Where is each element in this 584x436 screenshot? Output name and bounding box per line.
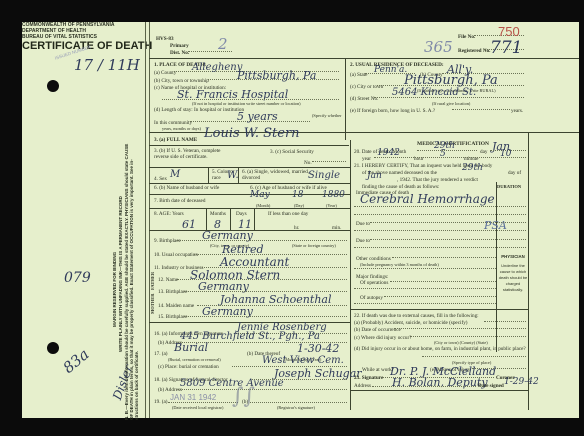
institution-note: (If not in hospital or institution write… bbox=[192, 101, 301, 106]
stay-note: (Specify whether bbox=[312, 113, 341, 118]
physician-box-text: Underline the cause to which death shoul… bbox=[498, 263, 528, 293]
full-name-label: 3. (a) FULL NAME bbox=[154, 137, 197, 143]
residence-state-value: Penn'a. bbox=[374, 65, 407, 75]
immediate-cause-line-2 bbox=[354, 214, 526, 215]
autopsy-line bbox=[384, 296, 496, 297]
dist-no-line bbox=[188, 51, 232, 52]
filed-line bbox=[168, 402, 238, 403]
birthplace-caption-state: (State or foreign country) bbox=[292, 243, 336, 248]
file-no-value: 750 bbox=[498, 24, 520, 39]
birth-day-value: 18 bbox=[292, 190, 303, 200]
due-to-1-label: Due to bbox=[356, 221, 370, 227]
foreign-born-unit: years. bbox=[511, 108, 523, 114]
certify-text-3: , 1942. That the jury rendered a verdict bbox=[397, 177, 478, 183]
margin-instructions-3: structions on back of certificate. bbox=[134, 351, 139, 420]
sex-race-divider bbox=[208, 167, 209, 183]
section-1-2-divider bbox=[345, 58, 346, 140]
immediate-cause-line bbox=[354, 206, 526, 207]
external-d-line bbox=[422, 356, 526, 357]
deputy-signature-value: H. Bolan, Deputy bbox=[392, 376, 488, 389]
death-county-value: Allegheny bbox=[192, 62, 242, 73]
bottom-divider bbox=[350, 390, 528, 391]
disposal-date-value: 1-30-42 bbox=[297, 342, 339, 355]
handwritten-83a: 83a bbox=[59, 345, 92, 377]
margin-binding-note: MARGIN RESERVED FOR BINDING bbox=[112, 252, 117, 327]
residence-street-value: 5464 Kincaid St. bbox=[392, 87, 476, 98]
autopsy-label: Of autopsy bbox=[360, 295, 383, 301]
other-conditions-line-2 bbox=[354, 268, 496, 269]
age-months-divider bbox=[230, 208, 231, 230]
filed-date-stamp: JAN 31 1942 bbox=[170, 393, 216, 402]
duration-label: DURATION bbox=[497, 184, 521, 189]
certify-day-value: 29th bbox=[462, 163, 483, 173]
duration-divider bbox=[496, 182, 497, 352]
foreign-born-line bbox=[452, 109, 510, 110]
occupation-label: 10. Usual occupation bbox=[154, 252, 198, 258]
community-note: years, months or days) bbox=[162, 126, 201, 131]
ssn-line bbox=[312, 161, 346, 162]
birth-year-value: 1880 bbox=[322, 190, 345, 200]
disposal-label: 17. (a) bbox=[154, 351, 168, 357]
death-county-label: (a) County bbox=[154, 70, 176, 76]
father-side-label: FATHER bbox=[150, 272, 155, 290]
filed-caption: (Date received local registrar) bbox=[172, 405, 223, 410]
external-c-label: (c) Where did injury occur? bbox=[354, 335, 412, 341]
registrar-caption: (Registrar's signature) bbox=[277, 405, 315, 410]
time-line bbox=[374, 157, 526, 158]
birth-date-label: 7. Birth date of deceased bbox=[154, 198, 205, 204]
age-years-label: 8. AGE: Years bbox=[154, 211, 184, 217]
age-days-label: Days bbox=[236, 211, 247, 217]
certify-month-value: Jan bbox=[367, 171, 382, 181]
residence-street-note: (If rural give location) bbox=[432, 101, 470, 106]
external-c-caption: (City or town) (County) (State) bbox=[434, 340, 488, 345]
institution-line bbox=[162, 99, 339, 100]
dist-no-label: Dist. No. bbox=[170, 50, 189, 56]
deputy-line bbox=[372, 386, 476, 387]
external-a-label: (a) (Probably) Accident, suicide, or hom… bbox=[354, 320, 468, 326]
residence-city-value: Pittsburgh, Pa bbox=[404, 73, 498, 88]
other-conditions-note: (Include pregnancy within 3 months of de… bbox=[360, 262, 439, 267]
due-to-1-line bbox=[370, 222, 526, 223]
burial-place-label: (c) Place: burial or cremation bbox=[158, 364, 219, 370]
due-to-1-line-2 bbox=[354, 230, 526, 231]
handwritten-365: 365 bbox=[424, 38, 453, 56]
row-divider-sex bbox=[149, 183, 350, 184]
form-code: HVS-83 bbox=[156, 36, 174, 42]
external-a-line bbox=[484, 321, 526, 322]
foreign-born-label: (e) If foreign born, how long in U. S. A… bbox=[350, 108, 435, 114]
registrar-line bbox=[250, 402, 347, 403]
sex-label: 4. Sex bbox=[154, 176, 167, 182]
margin-write-plainly: WRITE PLAINLY WITH UNFADING INK—THIS IS … bbox=[118, 196, 123, 352]
mother-birthplace-line bbox=[184, 316, 347, 317]
primary-label: Primary bbox=[170, 43, 189, 49]
physician-box-title: PHYSICIAN bbox=[498, 254, 528, 260]
date-death-day-label: day bbox=[480, 149, 488, 155]
binding-hole-top bbox=[47, 80, 59, 92]
filed-label: 19. (a) bbox=[154, 399, 168, 405]
form-right-border bbox=[528, 132, 529, 410]
date-signed-value: 1-29-42 bbox=[504, 377, 539, 387]
age-less-label: If less than one day bbox=[268, 211, 308, 217]
certify-day-label: day of bbox=[508, 170, 521, 176]
name-divider bbox=[149, 145, 349, 146]
handwritten-number-079: 079 bbox=[64, 270, 91, 286]
form-left-border-inner bbox=[149, 22, 150, 418]
external-c-line bbox=[410, 336, 526, 337]
sex-value: M bbox=[170, 169, 180, 180]
mother-side-label: MOTHER bbox=[150, 293, 155, 314]
handwritten-fraction: 17 / 11H bbox=[74, 56, 140, 74]
file-no-label: File No. bbox=[458, 34, 475, 40]
burial-place-value: West View Cem. bbox=[262, 355, 344, 366]
mother-maiden-label: 14. Maiden name bbox=[158, 303, 194, 309]
registered-no-value: 771 bbox=[490, 38, 522, 58]
deputy-label: Address bbox=[354, 383, 371, 389]
due-to-2-line bbox=[370, 239, 526, 240]
ssn-no-label: No. bbox=[304, 160, 312, 166]
external-d-label: (d) Did injury occur in or about home, o… bbox=[354, 346, 526, 353]
father-birthplace-line bbox=[184, 291, 347, 292]
disposal-caption: (Burial, cremation or removal) bbox=[168, 357, 221, 362]
funeral-address-line bbox=[178, 389, 347, 390]
full-name-value: Louis W. Stern bbox=[204, 126, 300, 141]
due-to-2-line-2 bbox=[354, 247, 526, 248]
community-value: 5 years bbox=[237, 110, 278, 123]
death-city-value: Pittsburgh, Pa bbox=[237, 69, 316, 82]
physician-box: PHYSICIAN Underline the cause to which d… bbox=[498, 254, 528, 293]
date-signed-label: Date signed bbox=[478, 383, 504, 389]
birth-month-value: May bbox=[250, 190, 270, 200]
mother-birthplace-label: 15. Birthplace bbox=[158, 314, 187, 320]
father-name-label: 12. Name bbox=[158, 277, 178, 283]
death-city-label: (b) City, town or township bbox=[154, 78, 209, 84]
veteran-label: 3. (b) If U. S. Veteran, complete revers… bbox=[154, 149, 234, 160]
operations-label: Of operations bbox=[360, 280, 388, 286]
death-certificate: ISSUED NUMBER 17 / 11H 079 83a Disler MA… bbox=[22, 22, 579, 418]
external-heading: 22. If death was due to external causes,… bbox=[354, 313, 479, 319]
operations-line bbox=[390, 281, 496, 282]
birthplace-line bbox=[177, 240, 347, 241]
age-years-divider bbox=[206, 208, 207, 230]
signature-label: 23. Signature bbox=[354, 375, 383, 381]
race-value: W. bbox=[227, 170, 239, 181]
age-days-divider bbox=[254, 208, 255, 230]
age-months-label: Months bbox=[210, 211, 226, 217]
header-divider bbox=[149, 58, 579, 59]
birthplace-label: 9. Birthplace bbox=[154, 238, 181, 244]
operations-line-2 bbox=[354, 288, 496, 289]
marital-value: Single bbox=[308, 170, 340, 181]
year-label: year bbox=[362, 156, 371, 162]
father-birthplace-label: 13. Birthplace bbox=[158, 289, 187, 295]
marital-label: 6. (a) Single, widowed, married, divorce… bbox=[242, 169, 312, 181]
stay-label: (d) Length of stay: In hospital or insti… bbox=[154, 107, 244, 113]
immediate-cause-value: Cerebral Hemorrhage bbox=[360, 192, 495, 206]
row-divider-birth bbox=[149, 208, 350, 209]
due-to-2-label: Due to bbox=[356, 238, 370, 244]
spouse-name-label: 6. (b) Name of husband or wife bbox=[154, 185, 219, 191]
autopsy-line-2 bbox=[354, 303, 496, 304]
disposal-value: Burial bbox=[174, 341, 208, 354]
binding-hole-bottom bbox=[47, 342, 59, 354]
other-conditions-line bbox=[392, 257, 496, 258]
form-left-border bbox=[145, 22, 146, 418]
registrar-signature-scrawl: ∫∫ bbox=[232, 384, 255, 409]
row-divider-veteran bbox=[149, 167, 350, 168]
external-causes-divider bbox=[350, 309, 528, 310]
external-b-line bbox=[394, 328, 526, 329]
ssn-label: 3. (c) Social Security bbox=[270, 149, 314, 155]
